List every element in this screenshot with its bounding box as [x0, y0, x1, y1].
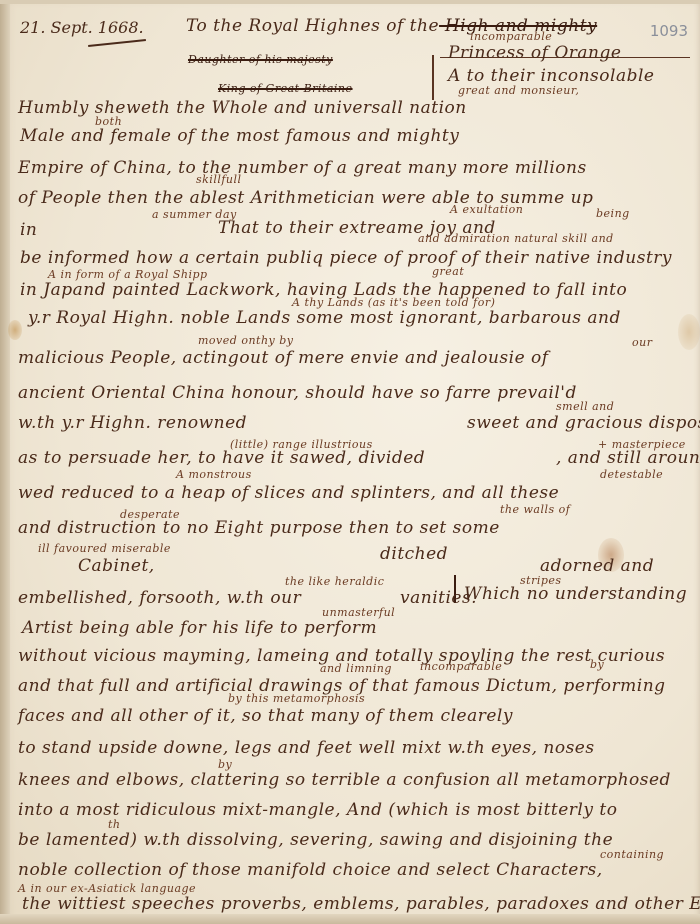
- interlinear-insertion: and admiration natural skill and: [418, 232, 614, 245]
- interlinear-insertion: A monstrous: [176, 468, 252, 481]
- manuscript-page: 21. Sept. 1668. 1093 To the Royal Highne…: [0, 0, 700, 924]
- interlinear-insertion: detestable: [600, 468, 663, 481]
- interlinear-insertion: skillfull: [196, 173, 242, 186]
- insert-bracket-line: [432, 55, 434, 100]
- interlinear-insertion: incomparable: [470, 30, 552, 43]
- manuscript-line: embellished, forsooth, w.th our: [18, 588, 301, 608]
- interlinear-insertion: by: [590, 658, 604, 671]
- interlinear-insertion: the walls of: [500, 503, 570, 516]
- interlinear-insertion: moved onthy by: [198, 334, 294, 347]
- interlinear-insertion: containing: [600, 848, 664, 861]
- interlinear-insertion: the like heraldic: [285, 575, 384, 588]
- interlinear-insertion: Daughter of his majesty: [188, 53, 333, 66]
- manuscript-line: Princess of Orange: [448, 43, 621, 63]
- manuscript-line: Humbly sheweth the Whole and universall …: [18, 98, 467, 118]
- interlinear-insertion: smell and: [556, 400, 614, 413]
- manuscript-line: ditched: [380, 544, 448, 564]
- manuscript-line: wed reduced to a heap of slices and spli…: [18, 483, 559, 503]
- manuscript-line: faces and all other of it, so that many …: [18, 706, 513, 726]
- manuscript-line: Male and female of the most famous and m…: [20, 126, 459, 146]
- manuscript-line: and distruction to no Eight purpose then…: [18, 518, 500, 538]
- interlinear-insertion: A exultation: [450, 203, 523, 216]
- interlinear-insertion: being: [596, 207, 630, 220]
- manuscript-line: A to their inconsolable: [448, 66, 654, 86]
- manuscript-line: , and still around: [556, 448, 700, 468]
- manuscript-line: the wittiest speeches proverbs, emblems,…: [22, 894, 700, 914]
- manuscript-line: Artist being able for his life to perfor…: [22, 618, 377, 638]
- manuscript-line: knees and elbows, clattering so terrible…: [18, 770, 671, 790]
- interlinear-insertion: our: [632, 336, 652, 349]
- interlinear-insertion: and limning: [320, 662, 392, 675]
- manuscript-line: to stand upside downe, legs and feet wel…: [18, 738, 595, 758]
- page-bottom-edge: [0, 914, 700, 924]
- interlinear-insertion: by this metamorphosis: [228, 692, 365, 705]
- manuscript-line: Cabinet,: [78, 556, 155, 576]
- paper-stain: [678, 314, 700, 350]
- manuscript-line: as to persuade her, to have it sawed, di…: [18, 448, 425, 468]
- binding-gutter: [0, 0, 10, 924]
- manuscript-line: be lamented) w.th dissolving, severing, …: [18, 830, 613, 850]
- interlinear-insertion: great: [432, 265, 464, 278]
- manuscript-line: malicious People, actingout of mere envi…: [18, 348, 549, 368]
- manuscript-line: into a most ridiculous mixt-mangle, And …: [18, 800, 617, 820]
- manuscript-line: noble collection of those manifold choic…: [18, 860, 603, 880]
- folio-number: 1093: [650, 22, 688, 40]
- manuscript-line: in: [20, 220, 37, 240]
- manuscript-line: y.r Royal Highn. noble Lands some most i…: [28, 308, 621, 328]
- interlinear-insertion: King of Great Britaine: [218, 82, 353, 95]
- manuscript-line: Empire of China, to the number of a grea…: [18, 158, 587, 178]
- page-top-edge: [0, 0, 700, 4]
- interlinear-insertion: incomparable: [420, 660, 502, 673]
- manuscript-line: w.th y.r Highn. renowned: [18, 413, 247, 433]
- date-underline: [88, 39, 146, 47]
- manuscript-line: sweet and gracious disposition: [467, 413, 700, 433]
- manuscript-line: ancient Oriental China honour, should ha…: [18, 383, 577, 403]
- manuscript-line: adorned and: [540, 556, 654, 576]
- manuscript-line: be informed how a certain publiq piece o…: [20, 248, 672, 268]
- interlinear-insertion: great and monsieur,: [458, 84, 579, 97]
- manuscript-line: Which no understanding: [464, 584, 687, 604]
- interlinear-insertion: ill favoured miserable: [38, 542, 171, 555]
- wax-stain: [8, 320, 22, 340]
- manuscript-date: 21. Sept. 1668.: [20, 18, 144, 37]
